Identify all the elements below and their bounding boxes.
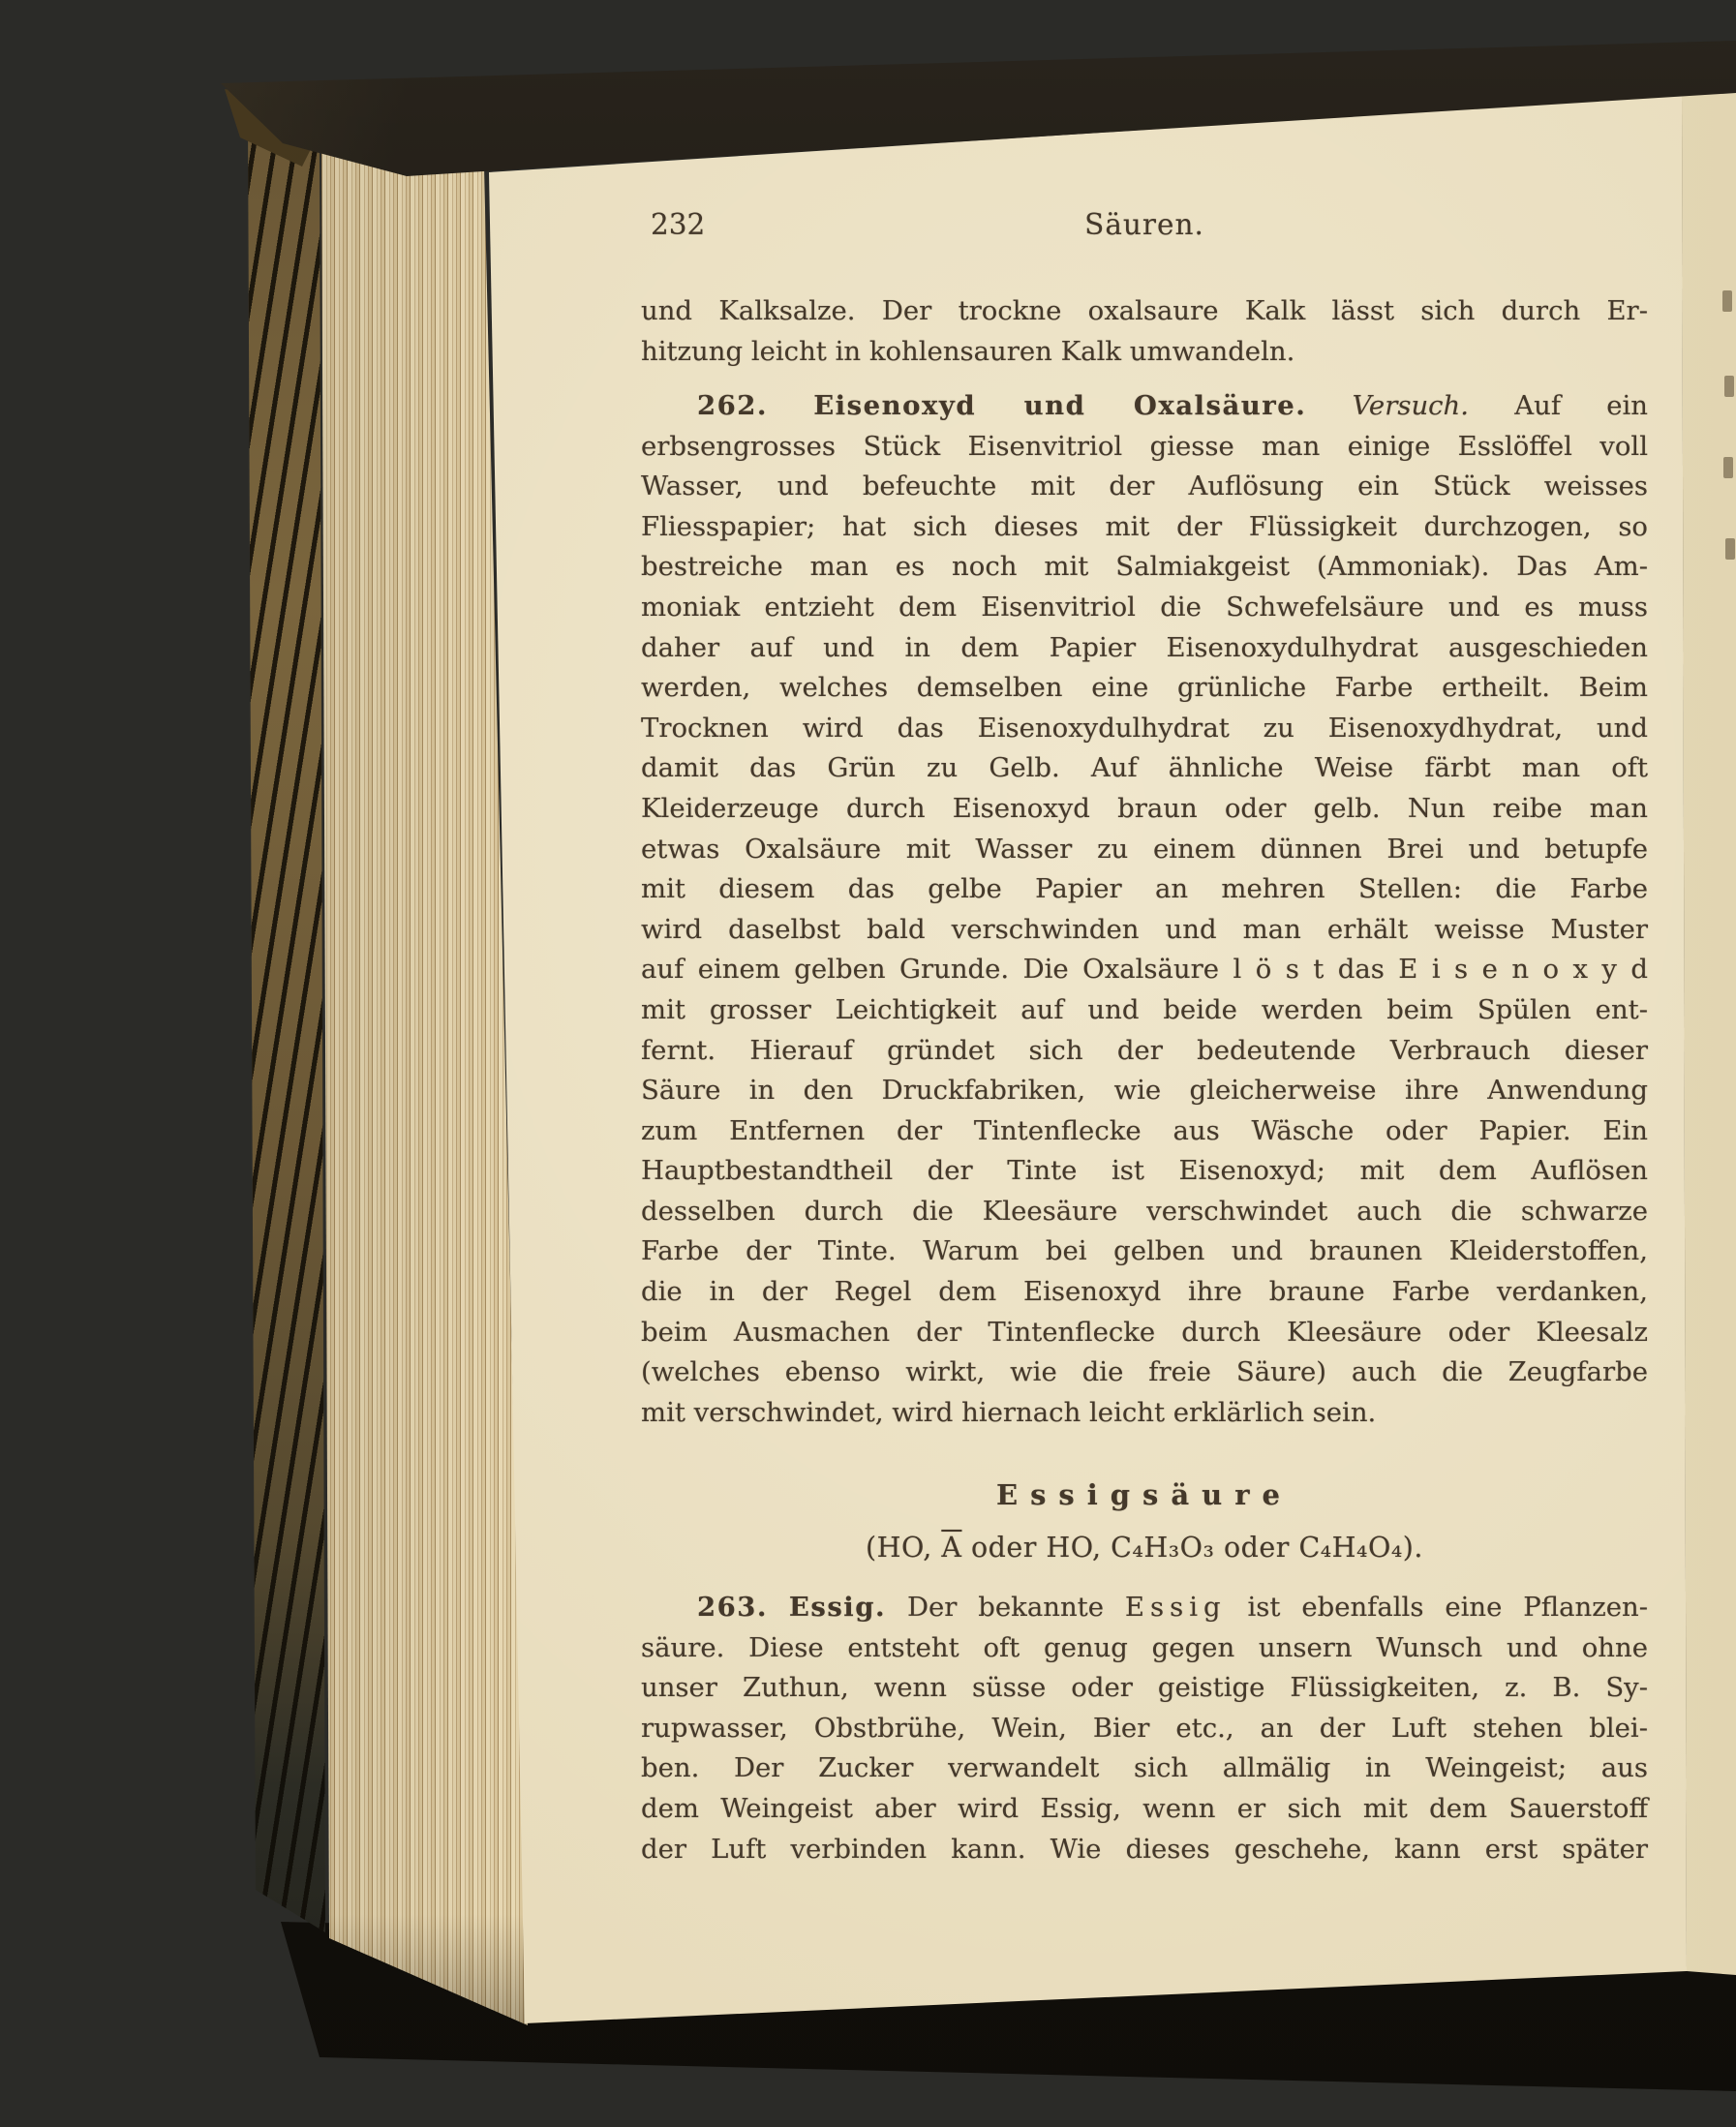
text-line: Trocknen wird das Eisenoxydulhydrat zu E… (641, 709, 1648, 749)
formula-c4h4o4: C₄H₄O₄ (1298, 1532, 1402, 1564)
text-line: wird daselbst bald verschwinden und man … (641, 910, 1648, 951)
formula-close: ). (1403, 1532, 1423, 1564)
text-line: damit das Grün zu Gelb. Auf ähnliche Wei… (641, 748, 1648, 789)
text-line: säure. Diese entsteht oft genug gegen un… (641, 1628, 1648, 1669)
text-line: ben. Der Zucker verwandelt sich allmälig… (641, 1748, 1648, 1789)
paragraph-263: 263. Essig. Der bekannte Essig ist ebenf… (641, 1588, 1648, 1869)
first-line-a: Der bekannte (907, 1592, 1104, 1623)
photo-background: { "page": { "number": "232", "running_he… (0, 0, 1736, 2127)
text-line: zum Entfernen der Tintenflecke aus Wäsch… (641, 1111, 1648, 1152)
heading-essigsaeure: Essigsäure (641, 1475, 1648, 1516)
text-line: dem Weingeist aber wird Essig, wenn er s… (641, 1789, 1648, 1830)
text-line: Hauptbestandtheil der Tinte ist Eisenoxy… (641, 1151, 1648, 1192)
section-title: Eisenoxyd und Oxalsäure. (813, 390, 1306, 421)
cut-off-text-fragment (1725, 538, 1735, 560)
chemical-formula: (HO, A oder HO, C₄H₃O₃ oder C₄H₄O₄). (641, 1528, 1648, 1568)
paragraph-262-first-line: 262. Eisenoxyd und Oxalsäure. Versuch. A… (641, 386, 1648, 427)
section-number: 263. (697, 1592, 768, 1623)
paragraph-262: 262. Eisenoxyd und Oxalsäure. Versuch. A… (641, 386, 1648, 1433)
text-line: der Luft verbinden kann. Wie dieses gesc… (641, 1830, 1648, 1870)
text-line: und Kalksalze. Der trockne oxalsaure Kal… (641, 291, 1648, 332)
text-line: werden, welches demselben eine grünliche… (641, 668, 1648, 709)
text-line: Kleiderzeuge durch Eisenoxyd braun oder … (641, 789, 1648, 830)
text-line: Fliesspapier; hat sich dieses mit der Fl… (641, 507, 1648, 548)
section-number: 262. (697, 390, 768, 421)
text-line: Säure in den Druckfabriken, wie gleicher… (641, 1071, 1648, 1111)
paragraph-262-body: erbsengrosses Stück Eisenvitriol giesse … (641, 427, 1648, 1434)
text-line: mit verschwindet, wird hiernach leicht e… (641, 1393, 1648, 1434)
paragraph-intro: und Kalksalze. Der trockne oxalsaure Kal… (641, 291, 1648, 372)
text-line: daher auf und in dem Papier Eisenoxydulh… (641, 628, 1648, 669)
text-line: bestreiche man es noch mit Salmiakgeist … (641, 547, 1648, 588)
formula-open: (HO, (866, 1532, 932, 1564)
text-line: etwas Oxalsäure mit Wasser zu einem dünn… (641, 830, 1648, 870)
section-title: Essig. (789, 1592, 886, 1623)
text-line: (welches ebenso wirkt, wie die freie Säu… (641, 1352, 1648, 1393)
formula-radical-overline: A (941, 1532, 961, 1564)
text-line: Wasser, und befeuchte mit der Auflösung … (641, 467, 1648, 507)
text-line: mit diesem das gelbe Papier an mehren St… (641, 869, 1648, 910)
text-line: unser Zuthun, wenn süsse oder geistige F… (641, 1668, 1648, 1709)
paragraph-263-body: säure. Diese entsteht oft genug gegen un… (641, 1628, 1648, 1870)
text-line: hitzung leicht in kohlensauren Kalk umwa… (641, 332, 1648, 373)
first-line-rest: Auf ein (1514, 390, 1648, 421)
first-line-spaced-word: Essig (1125, 1592, 1227, 1623)
cut-off-text-fragment (1724, 376, 1734, 397)
running-head: Säuren. (641, 205, 1648, 246)
text-line: mit grosser Leichtigkeit auf und beide w… (641, 990, 1648, 1031)
formula-c4h3o3: C₄H₃O₃ (1111, 1532, 1214, 1564)
first-line-b: ist ebenfalls eine Pflanzen- (1247, 1592, 1648, 1623)
text-line: desselben durch die Kleesäure verschwind… (641, 1192, 1648, 1232)
paragraph-263-first-line: 263. Essig. Der bekannte Essig ist ebenf… (641, 1588, 1648, 1628)
cut-off-text-fragment (1722, 290, 1732, 312)
formula-mid: oder HO, (971, 1532, 1102, 1564)
section-subtitle: Versuch. (1353, 390, 1469, 421)
text-line: erbsengrosses Stück Eisenvitriol giesse … (641, 427, 1648, 468)
text-line: moniak entzieht dem Eisenvitriol die Sch… (641, 588, 1648, 628)
text-line: rupwasser, Obstbrühe, Wein, Bier etc., a… (641, 1709, 1648, 1749)
text-line: Farbe der Tinte. Warum bei gelben und br… (641, 1231, 1648, 1272)
text-line: die in der Regel dem Eisenoxyd ihre brau… (641, 1272, 1648, 1313)
text-line: beim Ausmachen der Tintenflecke durch Kl… (641, 1313, 1648, 1353)
formula-oder: oder (1224, 1532, 1290, 1564)
page-header: 232 Säuren. (641, 205, 1648, 246)
text-line: auf einem gelben Grunde. Die Oxalsäure l… (641, 950, 1648, 990)
text-line: fernt. Hierauf gründet sich der bedeuten… (641, 1031, 1648, 1072)
cut-off-text-fragment (1723, 457, 1733, 478)
